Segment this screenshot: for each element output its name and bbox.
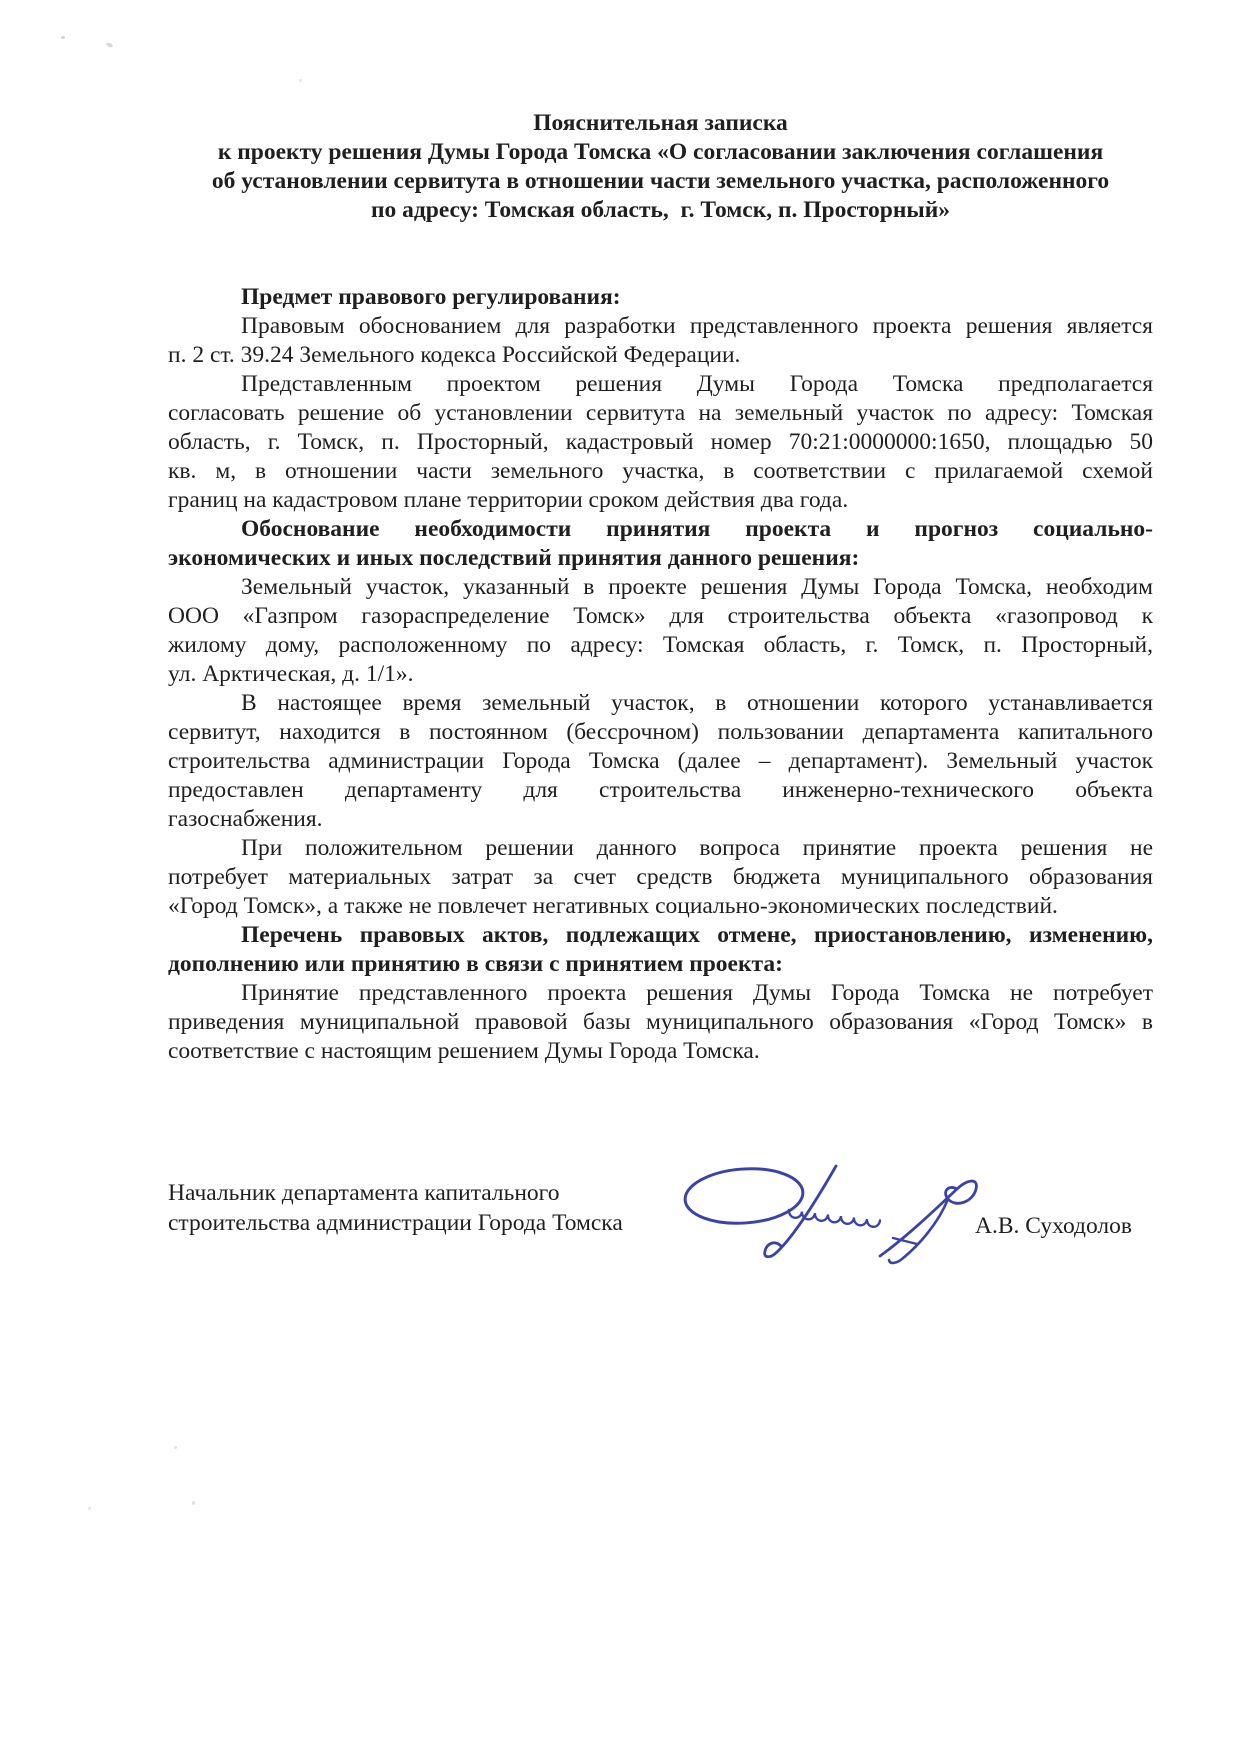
scan-speck (105, 42, 113, 49)
paragraph: При положительном решении данного вопрос… (168, 834, 1153, 921)
text-line: газоснабжения. (168, 805, 1153, 834)
text-line: Перечень правовых актов, подлежащих отме… (168, 921, 1153, 950)
scan-speck (88, 1507, 91, 1510)
text-line: дополнению или принятию в связи с принят… (168, 950, 1153, 979)
text-line: ул. Арктическая, д. 1/1». (168, 660, 1153, 689)
text-line: кв. м, в отношении части земельного учас… (168, 457, 1153, 486)
text-line: Представленным проектом решения Думы Гор… (168, 370, 1153, 399)
paragraph: Представленным проектом решения Думы Гор… (168, 370, 1153, 515)
text-line: Обоснование необходимости принятия проек… (168, 515, 1153, 544)
document-title: Пояснительная запискак проекту решения Д… (168, 109, 1153, 225)
text-line: п. 2 ст. 39.24 Земельного кодекса Россий… (168, 341, 1153, 370)
signoff-role-line: строительства администрации Города Томск… (168, 1208, 728, 1238)
text-line: ООО «Газпром газораспределение Томск» дл… (168, 602, 1153, 631)
text-line: область, г. Томск, п. Просторный, кадаст… (168, 428, 1153, 457)
text-line: сервитут, находится в постоянном (бессро… (168, 718, 1153, 747)
text-line: При положительном решении данного вопрос… (168, 834, 1153, 863)
text-line: согласовать решение об установлении серв… (168, 399, 1153, 428)
scan-speck (61, 36, 65, 39)
text-line: Правовым обоснованием для разработки пре… (168, 312, 1153, 341)
paragraph: Принятие представленного проекта решения… (168, 979, 1153, 1066)
scanned-document-page: Пояснительная запискак проекту решения Д… (0, 0, 1240, 1753)
title-line: об установлении сервитута в отношении ча… (168, 167, 1153, 196)
signoff-role: Начальник департамента капитального стро… (168, 1178, 728, 1238)
paragraph: Правовым обоснованием для разработки пре… (168, 312, 1153, 370)
section-heading: Обоснование необходимости принятия проек… (168, 515, 1153, 573)
paragraph: Земельный участок, указанный в проекте р… (168, 573, 1153, 689)
text-line: экономических и иных последствий приняти… (168, 544, 1153, 573)
section-heading: Предмет правового регулирования: (168, 283, 1153, 312)
text-line: жилому дому, расположенному по адресу: Т… (168, 631, 1153, 660)
document-body: Предмет правового регулирования:Правовым… (168, 283, 1153, 1066)
paragraph: В настоящее время земельный участок, в о… (168, 689, 1153, 834)
scan-speck (192, 1501, 195, 1505)
text-line: Земельный участок, указанный в проекте р… (168, 573, 1153, 602)
scan-speck (174, 1446, 177, 1449)
text-line: границ на кадастровом плане территории с… (168, 486, 1153, 515)
text-line: предоставлен департаменту для строительс… (168, 776, 1153, 805)
text-line: «Город Томск», а также не повлечет негат… (168, 892, 1153, 921)
scan-speck (299, 79, 302, 82)
signoff-name: А.В. Суходолов (975, 1211, 1132, 1241)
text-line: Предмет правового регулирования: (168, 283, 1153, 312)
text-line: В настоящее время земельный участок, в о… (168, 689, 1153, 718)
signoff-role-line: Начальник департамента капитального (168, 1178, 728, 1208)
text-line: приведения муниципальной правовой базы м… (168, 1008, 1153, 1037)
text-line: потребует материальных затрат за счет ср… (168, 863, 1153, 892)
title-line: Пояснительная записка (168, 109, 1153, 138)
text-line: строительства администрации Города Томск… (168, 747, 1153, 776)
title-line: по адресу: Томская область, г. Томск, п.… (168, 196, 1153, 225)
title-line: к проекту решения Думы Города Томска «О … (168, 138, 1153, 167)
section-heading: Перечень правовых актов, подлежащих отме… (168, 921, 1153, 979)
text-line: соответствие с настоящим решением Думы Г… (168, 1037, 1153, 1066)
text-line: Принятие представленного проекта решения… (168, 979, 1153, 1008)
